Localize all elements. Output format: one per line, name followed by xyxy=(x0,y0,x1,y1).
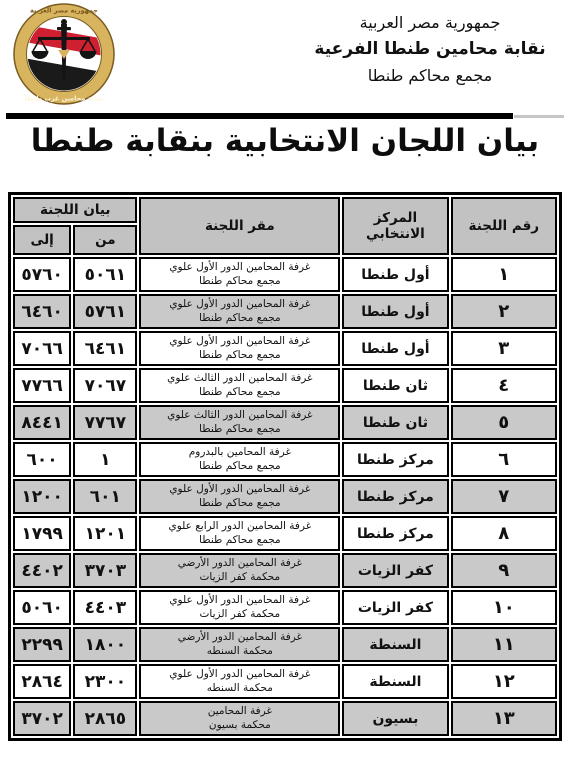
range-to-cell: ١٧٩٩ xyxy=(13,516,71,551)
committee-hq-cell: غرفة المحامين الدور الأول علوي مجمع محاك… xyxy=(139,257,340,292)
seal-ring-text-bottom: نقابة محامين غرب طنطا xyxy=(25,95,104,103)
table-row: ٥ ثان طنطا غرفة المحامين الدور الثالث عل… xyxy=(13,405,557,440)
table-header: رقم اللجنة المركز الانتخابي مقر اللجنة ب… xyxy=(13,197,557,255)
range-to-cell: ٦٠٠ xyxy=(13,442,71,477)
committee-hq-cell: غرفة المحامين الدور الأول علوي محكمة الس… xyxy=(139,664,340,699)
table-row: ١ أول طنطا غرفة المحامين الدور الأول علو… xyxy=(13,257,557,292)
range-to-cell: ٧٧٦٦ xyxy=(13,368,71,403)
horizontal-rule-faded-tail xyxy=(514,115,564,118)
range-from-cell: ٣٧٠٣ xyxy=(73,553,137,588)
range-from-cell: ٢٣٠٠ xyxy=(73,664,137,699)
hq-line1: غرفة المحامين الدور الثالث علوي xyxy=(141,409,338,423)
electoral-center-cell: السنطة xyxy=(342,664,448,699)
hq-line1: غرفة المحامين xyxy=(141,705,338,719)
committee-hq-cell: غرفة المحامين الدور الثالث علوي مجمع محا… xyxy=(139,405,340,440)
committee-hq-cell: غرفة المحامين محكمة بسيون xyxy=(139,701,340,736)
table-body: ١ أول طنطا غرفة المحامين الدور الأول علو… xyxy=(13,257,557,736)
electoral-center-cell: أول طنطا xyxy=(342,294,448,329)
document-page: جمهورية مصر العربية نقابة محامين غرب طنط… xyxy=(0,0,570,772)
hq-line2: محكمة كفر الزيات xyxy=(141,571,338,585)
range-from-cell: ١ xyxy=(73,442,137,477)
hq-line1: غرفة المحامين الدور الأرضي xyxy=(141,631,338,645)
range-to-cell: ٢٨٦٤ xyxy=(13,664,71,699)
hq-line1: غرفة المحامين الدور الرابع علوي xyxy=(141,520,338,534)
hq-line2: مجمع محاكم طنطا xyxy=(141,460,338,474)
committee-number-cell: ١١ xyxy=(451,627,557,662)
committee-number-cell: ٣ xyxy=(451,331,557,366)
range-from-cell: ٧٠٦٧ xyxy=(73,368,137,403)
range-to-cell: ٣٧٠٢ xyxy=(13,701,71,736)
hq-line2: مجمع محاكم طنطا xyxy=(141,497,338,511)
committee-hq-cell: غرفة المحامين الدور الأول علوي محكمة كفر… xyxy=(139,590,340,625)
range-to-cell: ٨٤٤١ xyxy=(13,405,71,440)
seal-ring-text-top: جمهورية مصر العربية xyxy=(30,7,98,15)
table-row: ٨ مركز طنطا غرفة المحامين الدور الرابع ع… xyxy=(13,516,557,551)
range-from-cell: ١٢٠١ xyxy=(73,516,137,551)
range-to-cell: ٦٤٦٠ xyxy=(13,294,71,329)
table-row: ١٣ بسيون غرفة المحامين محكمة بسيون ٢٨٦٥ … xyxy=(13,701,557,736)
committee-number-cell: ٤ xyxy=(451,368,557,403)
org-syndicate-line: نقابة محامين طنطا الفرعية xyxy=(302,36,558,63)
header-committee-number: رقم اللجنة xyxy=(451,197,557,255)
range-from-cell: ٢٨٦٥ xyxy=(73,701,137,736)
table-row: ٢ أول طنطا غرفة المحامين الدور الأول علو… xyxy=(13,294,557,329)
hq-line2: مجمع محاكم طنطا xyxy=(141,423,338,437)
committee-number-cell: ٦ xyxy=(451,442,557,477)
header-range-from: من xyxy=(73,225,137,255)
header-range-to: إلى xyxy=(13,225,71,255)
hq-line1: غرفة المحامين الدور الأول علوي xyxy=(141,298,338,312)
hq-line2: محكمة السنطه xyxy=(141,682,338,696)
electoral-committees-table: رقم اللجنة المركز الانتخابي مقر اللجنة ب… xyxy=(8,192,562,741)
hq-line2: مجمع محاكم طنطا xyxy=(141,275,338,289)
table-row: ٤ ثان طنطا غرفة المحامين الدور الثالث عل… xyxy=(13,368,557,403)
hq-line1: غرفة المحامين الدور الأول علوي xyxy=(141,261,338,275)
letterhead-text: جمهورية مصر العربية نقابة محامين طنطا ال… xyxy=(302,10,558,88)
committee-number-cell: ١٠ xyxy=(451,590,557,625)
hq-line1: غرفة المحامين بالبدروم xyxy=(141,446,338,460)
range-from-cell: ٧٧٦٧ xyxy=(73,405,137,440)
committee-hq-cell: غرفة المحامين الدور الثالث علوي مجمع محا… xyxy=(139,368,340,403)
hq-line1: غرفة المحامين الدور الأول علوي xyxy=(141,594,338,608)
electoral-center-cell: السنطة xyxy=(342,627,448,662)
table-row: ٧ مركز طنطا غرفة المحامين الدور الأول عل… xyxy=(13,479,557,514)
hq-line1: غرفة المحامين الدور الأول علوي xyxy=(141,483,338,497)
committee-number-cell: ٥ xyxy=(451,405,557,440)
hq-line1: غرفة المحامين الدور الأرضي xyxy=(141,557,338,571)
header-committee-hq: مقر اللجنة xyxy=(139,197,340,255)
electoral-center-cell: أول طنطا xyxy=(342,331,448,366)
electoral-center-cell: كفر الزيات xyxy=(342,553,448,588)
committee-number-cell: ١ xyxy=(451,257,557,292)
range-from-cell: ٤٤٠٣ xyxy=(73,590,137,625)
committee-hq-cell: غرفة المحامين الدور الرابع علوي مجمع محا… xyxy=(139,516,340,551)
range-to-cell: ٧٠٦٦ xyxy=(13,331,71,366)
committee-number-cell: ٨ xyxy=(451,516,557,551)
range-to-cell: ٤٤٠٢ xyxy=(13,553,71,588)
header-electoral-center: المركز الانتخابي xyxy=(342,197,448,255)
range-to-cell: ٥٠٦٠ xyxy=(13,590,71,625)
org-courts-complex-line: مجمع محاكم طنطا xyxy=(302,63,558,89)
committee-hq-cell: غرفة المحامين الدور الأرضي محكمة كفر الز… xyxy=(139,553,340,588)
committee-number-cell: ٩ xyxy=(451,553,557,588)
committee-number-cell: ١٢ xyxy=(451,664,557,699)
committee-hq-cell: غرفة المحامين الدور الأول علوي مجمع محاك… xyxy=(139,331,340,366)
header-range-group: بيان اللجنة xyxy=(13,197,137,223)
bar-association-seal-logo: جمهورية مصر العربية نقابة محامين غرب طنط… xyxy=(12,2,116,106)
committee-hq-cell: غرفة المحامين الدور الأرضي محكمة السنطه xyxy=(139,627,340,662)
hq-line1: غرفة المحامين الدور الثالث علوي xyxy=(141,372,338,386)
range-to-cell: ١٢٠٠ xyxy=(13,479,71,514)
hq-line2: مجمع محاكم طنطا xyxy=(141,312,338,326)
table-row: ٣ أول طنطا غرفة المحامين الدور الأول علو… xyxy=(13,331,557,366)
hq-line2: محكمة بسيون xyxy=(141,719,338,733)
table-row: ١٠ كفر الزيات غرفة المحامين الدور الأول … xyxy=(13,590,557,625)
hq-line2: محكمة السنطه xyxy=(141,645,338,659)
committee-hq-cell: غرفة المحامين الدور الأول علوي مجمع محاك… xyxy=(139,294,340,329)
committee-number-cell: ٢ xyxy=(451,294,557,329)
electoral-center-cell: أول طنطا xyxy=(342,257,448,292)
range-from-cell: ٥٧٦١ xyxy=(73,294,137,329)
hq-line1: غرفة المحامين الدور الأول علوي xyxy=(141,668,338,682)
range-from-cell: ٦٤٦١ xyxy=(73,331,137,366)
range-from-cell: ٥٠٦١ xyxy=(73,257,137,292)
electoral-center-cell: ثان طنطا xyxy=(342,368,448,403)
electoral-center-cell: كفر الزيات xyxy=(342,590,448,625)
range-to-cell: ٥٧٦٠ xyxy=(13,257,71,292)
page-title: بيان اللجان الانتخابية بنقابة طنطا xyxy=(0,123,570,159)
hq-line2: مجمع محاكم طنطا xyxy=(141,534,338,548)
electoral-center-cell: ثان طنطا xyxy=(342,405,448,440)
hq-line2: محكمة كفر الزيات xyxy=(141,608,338,622)
committee-hq-cell: غرفة المحامين الدور الأول علوي مجمع محاك… xyxy=(139,479,340,514)
table-row: ١٢ السنطة غرفة المحامين الدور الأول علوي… xyxy=(13,664,557,699)
electoral-center-cell: مركز طنطا xyxy=(342,479,448,514)
committee-hq-cell: غرفة المحامين بالبدروم مجمع محاكم طنطا xyxy=(139,442,340,477)
electoral-center-cell: بسيون xyxy=(342,701,448,736)
electoral-center-cell: مركز طنطا xyxy=(342,516,448,551)
range-from-cell: ١٨٠٠ xyxy=(73,627,137,662)
org-country-line: جمهورية مصر العربية xyxy=(302,10,558,36)
range-to-cell: ٢٢٩٩ xyxy=(13,627,71,662)
committee-number-cell: ١٣ xyxy=(451,701,557,736)
range-from-cell: ٦٠١ xyxy=(73,479,137,514)
committee-number-cell: ٧ xyxy=(451,479,557,514)
hq-line2: مجمع محاكم طنطا xyxy=(141,349,338,363)
hq-line1: غرفة المحامين الدور الأول علوي xyxy=(141,335,338,349)
table-row: ٩ كفر الزيات غرفة المحامين الدور الأرضي … xyxy=(13,553,557,588)
hq-line2: مجمع محاكم طنطا xyxy=(141,386,338,400)
table-row: ٦ مركز طنطا غرفة المحامين بالبدروم مجمع … xyxy=(13,442,557,477)
horizontal-rule xyxy=(6,113,513,119)
electoral-center-cell: مركز طنطا xyxy=(342,442,448,477)
table-row: ١١ السنطة غرفة المحامين الدور الأرضي محك… xyxy=(13,627,557,662)
